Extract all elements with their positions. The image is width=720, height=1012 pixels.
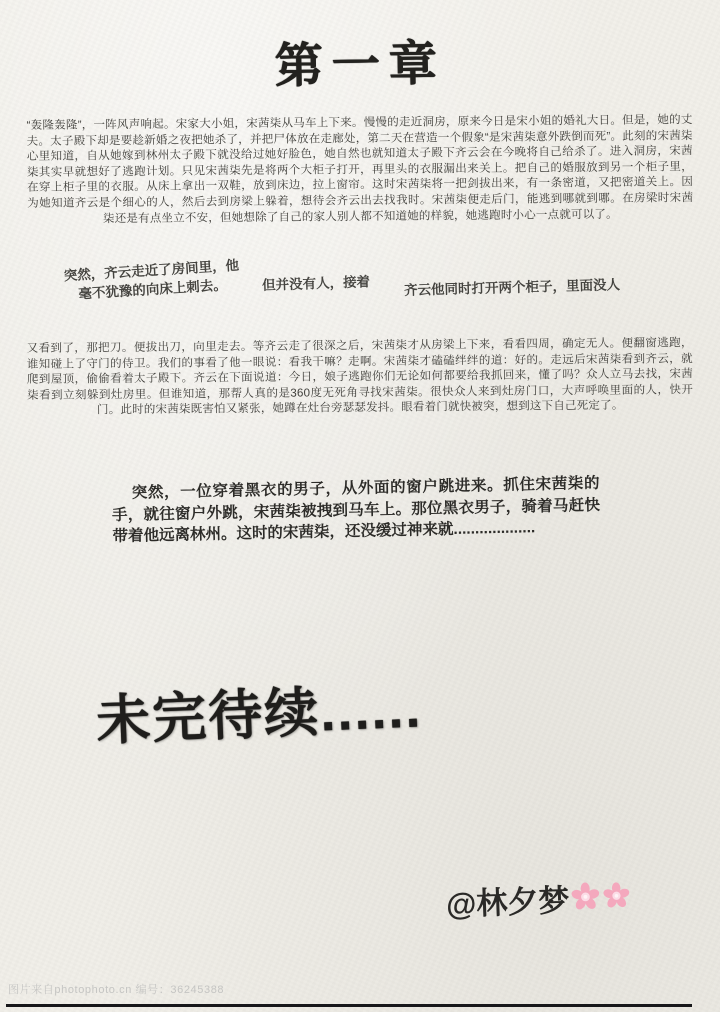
- story-paragraph-2: 又看到了，那把刀。便拔出刀，向里走去。等齐云走了很深之后，宋茜柒才从房梁上下来，…: [27, 336, 694, 420]
- bottom-divider: [6, 1004, 692, 1007]
- inline-note-3: 齐云他同时打开两个柜子，里面没人: [404, 273, 620, 299]
- highlight-paragraph: 突然，一位穿着黑衣的男子，从外面的窗户跳进来。抓住宋茜柒的手，就往窗户外跳，宋茜…: [111, 473, 600, 548]
- story-page: 第一章 “轰隆轰隆”，一阵风声响起。宋家大小姐，宋茜柒从马车上下来。慢慢的走近洞…: [0, 0, 720, 1012]
- cherry-blossom-icon: [570, 881, 602, 913]
- author-handle: @林夕梦: [445, 875, 570, 924]
- watermark-text: 图片来自photophoto.cn 编号：36245388: [8, 981, 224, 997]
- chapter-title: 第一章: [0, 20, 720, 102]
- cherry-blossom-icon: [602, 881, 632, 911]
- inline-note-1: 突然，齐云走近了房间里，他毫不犹豫的向床上刺去。: [59, 255, 245, 304]
- to-be-continued-text: 未完待续......: [95, 665, 424, 755]
- inline-note-2: 但并没有人，接着: [262, 270, 371, 294]
- story-paragraph-1: “轰隆轰隆”，一阵风声响起。宋家大小姐，宋茜柒从马车上下来。慢慢的走近洞房，原来…: [27, 113, 694, 228]
- author-signature: @林夕梦: [445, 873, 632, 924]
